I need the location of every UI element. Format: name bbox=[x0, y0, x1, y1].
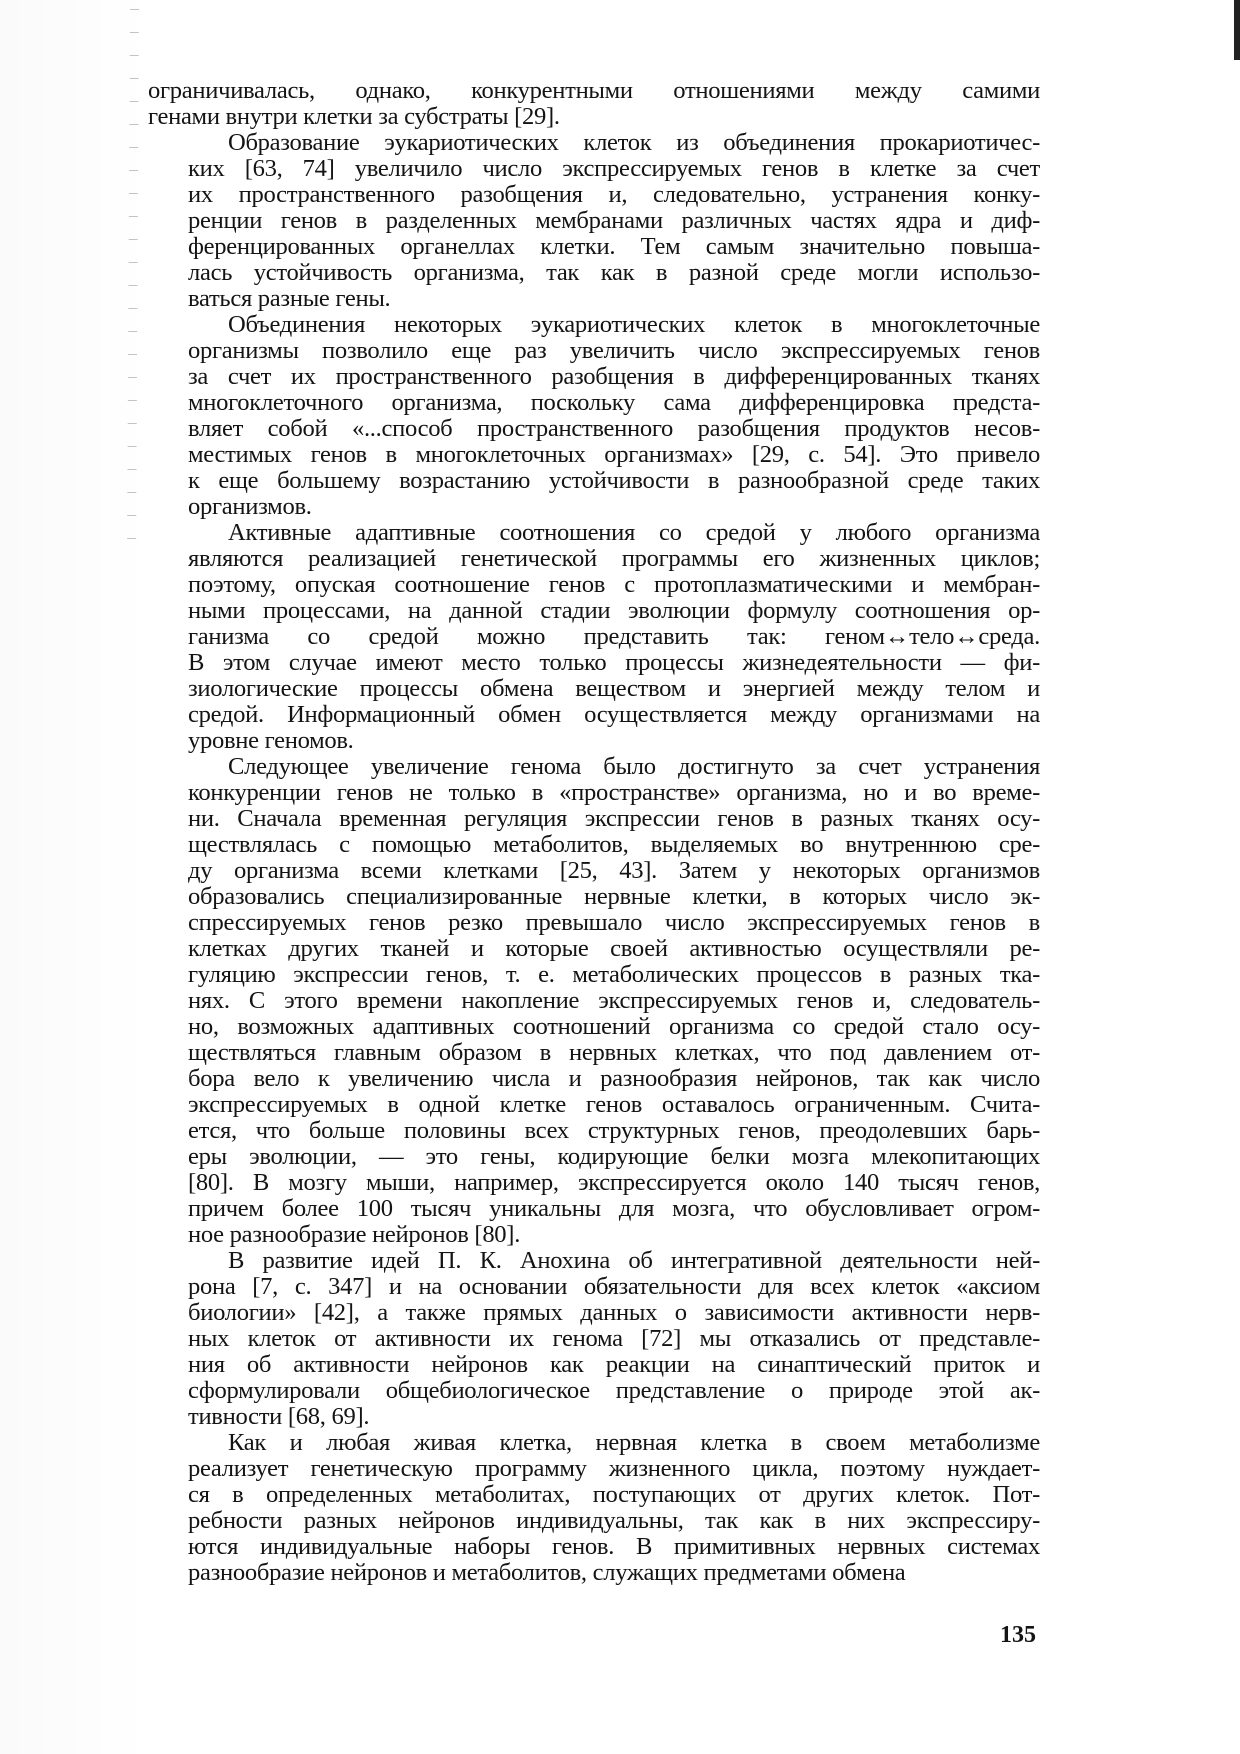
text-line: являются реализацией генетической програ… bbox=[148, 546, 1040, 572]
text-line: клетках других тканей и которые своей ак… bbox=[148, 936, 1040, 962]
text-line: ких [63, 74] увеличило число экспрессиру… bbox=[148, 156, 1040, 182]
text-line: тивности [68, 69]. bbox=[148, 1404, 1040, 1430]
page-corner-shadow bbox=[1234, 0, 1240, 60]
page-number: 135 bbox=[1000, 1622, 1036, 1649]
text-line: экспрессируемых в одной клетке генов ост… bbox=[148, 1092, 1040, 1118]
text-line: за счет их пространственного разобщения … bbox=[148, 364, 1040, 390]
text-line: лась устойчивость организма, так как в р… bbox=[148, 260, 1040, 286]
text-line: ся в определенных метаболитах, поступающ… bbox=[148, 1482, 1040, 1508]
text-line: ется, что больше половины всех структурн… bbox=[148, 1118, 1040, 1144]
text-line: ганизма со средой можно представить так:… bbox=[148, 624, 1040, 650]
text-line: вляет собой «...способ пространственного… bbox=[148, 416, 1040, 442]
text-line: ными процессами, на данной стадии эволюц… bbox=[148, 598, 1040, 624]
text-line: реализует генетическую программу жизненн… bbox=[148, 1456, 1040, 1482]
paragraph: Образование эукариотических клеток из об… bbox=[148, 130, 1040, 312]
text-line: организмов. bbox=[148, 494, 1040, 520]
text-line: уровне геномов. bbox=[148, 728, 1040, 754]
text-line: ренции генов в разделенных мембранами ра… bbox=[148, 208, 1040, 234]
text-line: нях. С этого времени накопление экспресс… bbox=[148, 988, 1040, 1014]
text-line: ду организма всеми клетками [25, 43]. За… bbox=[148, 858, 1040, 884]
text-line: ное разнообразие нейронов [80]. bbox=[148, 1222, 1040, 1248]
text-line: рона [7, с. 347] и на основании обязател… bbox=[148, 1274, 1040, 1300]
text-line: ществляться главным образом в нервных кл… bbox=[148, 1040, 1040, 1066]
text-line: ференцированных органеллах клетки. Тем с… bbox=[148, 234, 1040, 260]
text-line: сформулировали общебиологическое предста… bbox=[148, 1378, 1040, 1404]
text-line: ограничивалась, однако, конкурентными от… bbox=[148, 78, 1040, 104]
text-line: гуляцию экспрессии генов, т. е. метаболи… bbox=[148, 962, 1040, 988]
paragraph: Следующее увеличение генома было достигн… bbox=[148, 754, 1040, 1248]
text-line: генами внутри клетки за субстраты [29]. bbox=[148, 104, 1040, 130]
page-binding-edge bbox=[0, 0, 150, 1754]
text-line: еры эволюции, — это гены, кодирующие бел… bbox=[148, 1144, 1040, 1170]
text-line: причем более 100 тысяч уникальны для моз… bbox=[148, 1196, 1040, 1222]
text-line: разнообразие нейронов и метаболитов, слу… bbox=[148, 1560, 1040, 1586]
text-line: конкуренции генов не только в «пространс… bbox=[148, 780, 1040, 806]
text-line: ных клеток от активности их генома [72] … bbox=[148, 1326, 1040, 1352]
text-line: местимых генов в многоклеточных организм… bbox=[148, 442, 1040, 468]
text-line: зиологические процессы обмена веществом … bbox=[148, 676, 1040, 702]
text-line: спрессируемых генов резко превышало числ… bbox=[148, 910, 1040, 936]
text-line: образовались специализированные нервные … bbox=[148, 884, 1040, 910]
page-body-text: ограничивалась, однако, конкурентными от… bbox=[148, 78, 1040, 1586]
text-line: бора вело к увеличению числа и разнообра… bbox=[148, 1066, 1040, 1092]
text-line: биологии» [42], а также прямых данных о … bbox=[148, 1300, 1040, 1326]
text-line: многоклеточного организма, поскольку сам… bbox=[148, 390, 1040, 416]
text-line: В развитие идей П. К. Анохина об интегра… bbox=[148, 1248, 1040, 1274]
text-line: Активные адаптивные соотношения со средо… bbox=[148, 520, 1040, 546]
text-line: средой. Информационный обмен осуществляе… bbox=[148, 702, 1040, 728]
paragraph: Как и любая живая клетка, нервная клетка… bbox=[148, 1430, 1040, 1586]
text-line: Как и любая живая клетка, нервная клетка… bbox=[148, 1430, 1040, 1456]
text-line: к еще большему возрастанию устойчивости … bbox=[148, 468, 1040, 494]
paragraph: ограничивалась, однако, конкурентными от… bbox=[148, 78, 1040, 130]
text-line: организмы позволило еще раз увеличить чи… bbox=[148, 338, 1040, 364]
text-line: ществлялась с помощью метаболитов, выдел… bbox=[148, 832, 1040, 858]
text-line: ребности разных нейронов индивидуальны, … bbox=[148, 1508, 1040, 1534]
text-line: ваться разные гены. bbox=[148, 286, 1040, 312]
text-line: [80]. В мозгу мыши, например, экспрессир… bbox=[148, 1170, 1040, 1196]
paragraph: Активные адаптивные соотношения со средо… bbox=[148, 520, 1040, 754]
text-line: Образование эукариотических клеток из об… bbox=[148, 130, 1040, 156]
text-line: их пространственного разобщения и, следо… bbox=[148, 182, 1040, 208]
text-line: ются индивидуальные наборы генов. В прим… bbox=[148, 1534, 1040, 1560]
text-line: В этом случае имеют место только процесс… bbox=[148, 650, 1040, 676]
text-line: ни. Сначала временная регуляция экспресс… bbox=[148, 806, 1040, 832]
text-line: Следующее увеличение генома было достигн… bbox=[148, 754, 1040, 780]
paragraph: Объединения некоторых эукариотических кл… bbox=[148, 312, 1040, 520]
text-line: Объединения некоторых эукариотических кл… bbox=[148, 312, 1040, 338]
text-line: но, возможных адаптивных соотношений орг… bbox=[148, 1014, 1040, 1040]
text-line: поэтому, опуская соотношение генов с про… bbox=[148, 572, 1040, 598]
paragraph: В развитие идей П. К. Анохина об интегра… bbox=[148, 1248, 1040, 1430]
text-line: ния об активности нейронов как реакции н… bbox=[148, 1352, 1040, 1378]
